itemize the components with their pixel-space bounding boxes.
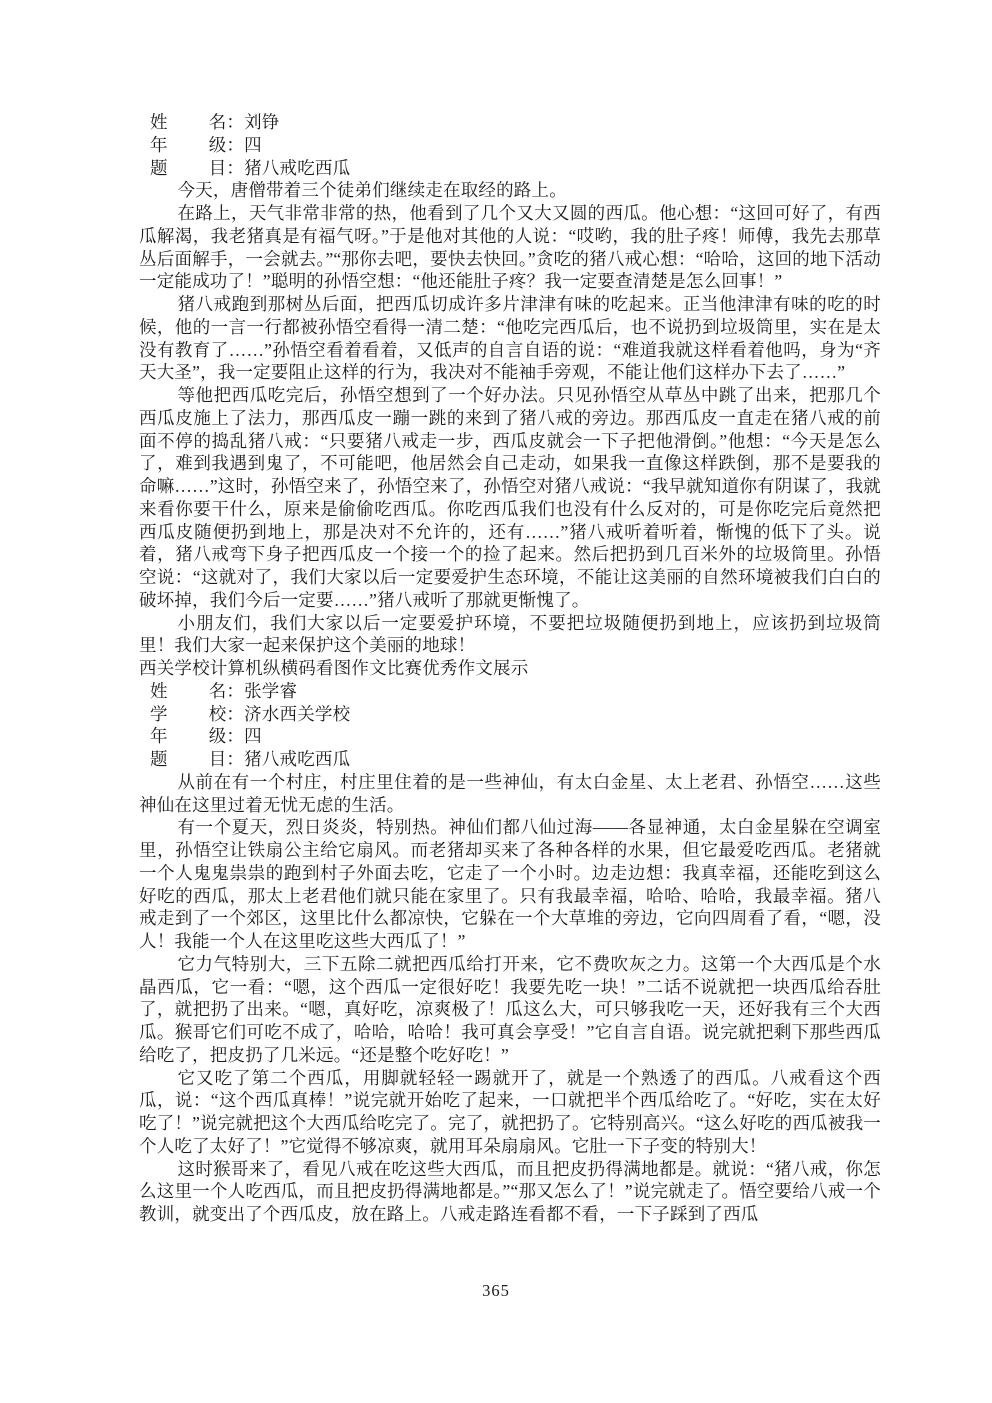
field-value: 四 — [244, 135, 262, 155]
essay-paragraphs: 从前在有一个村庄，村庄里住着的是一些神仙，有太白金星、太上老君、孙悟空……这些神… — [139, 771, 881, 1226]
field-value: 济水西关学校 — [244, 704, 350, 724]
essay-paragraphs: 今天，唐僧带着三个徒弟们继续走在取经的路上。在路上，天气非常非常的热，他看到了几… — [139, 179, 881, 657]
meta-field: 年级：四 — [139, 725, 881, 748]
meta-field: 年级：四 — [139, 134, 881, 157]
meta-field: 姓名：张学睿 — [139, 680, 881, 703]
paragraph: 它力气特别大，三下五除二就把西瓜给打开来，它不费吹灰之力。这第一个大西瓜是个水晶… — [139, 953, 881, 1067]
field-value: 四 — [244, 726, 262, 746]
essay-2: 姓名：张学睿学校：济水西关学校年级：四题目：猪八戒吃西瓜 从前在有一个村庄，村庄… — [139, 680, 881, 1226]
document-page: 姓名：刘铮年级：四题目：猪八戒吃西瓜 今天，唐僧带着三个徒弟们继续走在取经的路上… — [0, 0, 992, 1403]
field-value: 猪八戒吃西瓜 — [244, 158, 350, 178]
field-value: 猪八戒吃西瓜 — [244, 749, 350, 769]
field-label-first: 姓 — [150, 112, 168, 132]
essay-1: 姓名：刘铮年级：四题目：猪八戒吃西瓜 今天，唐僧带着三个徒弟们继续走在取经的路上… — [139, 111, 881, 657]
field-label-first: 年 — [150, 726, 168, 746]
field-label-first: 题 — [150, 749, 168, 769]
field-value: 张学睿 — [244, 681, 297, 701]
field-label-second: 级： — [209, 135, 244, 155]
paragraph: 在路上，天气非常非常的热，他看到了几个又大又圆的西瓜。他心想：“这回可好了，有西… — [139, 202, 881, 293]
field-value: 刘铮 — [244, 112, 279, 132]
field-label-second: 目： — [209, 158, 244, 178]
field-label-second: 名： — [209, 112, 244, 132]
field-label-first: 年 — [150, 135, 168, 155]
paragraph: 这时猴哥来了，看见八戒在吃这些大西瓜，而且把皮扔得满地都是。就说：“猪八戒，你怎… — [139, 1158, 881, 1226]
essay-collection: 姓名：刘铮年级：四题目：猪八戒吃西瓜 今天，唐僧带着三个徒弟们继续走在取经的路上… — [139, 111, 881, 1226]
page-number: 365 — [0, 1281, 992, 1301]
field-label-first: 姓 — [150, 681, 168, 701]
field-label-second: 校： — [209, 704, 244, 724]
paragraph: 猪八戒跑到那树丛后面，把西瓜切成许多片津津有味的吃起来。正当他津津有味的吃的时候… — [139, 293, 881, 384]
field-label-first: 题 — [150, 158, 168, 178]
meta-field: 题目：猪八戒吃西瓜 — [139, 157, 881, 180]
field-label-second: 目： — [209, 749, 244, 769]
paragraph: 它又吃了第二个西瓜，用脚就轻轻一踢就开了，就是一个熟透了的西瓜。八戒看这个西瓜，… — [139, 1067, 881, 1158]
field-label-second: 名： — [209, 681, 244, 701]
meta-field: 题目：猪八戒吃西瓜 — [139, 748, 881, 771]
paragraph: 今天，唐僧带着三个徒弟们继续走在取经的路上。 — [139, 179, 881, 202]
meta-field: 姓名：刘铮 — [139, 111, 881, 134]
paragraph: 等他把西瓜吃完后，孙悟空想到了一个好办法。只见孙悟空从草丛中跳了出来，把那几个西… — [139, 384, 881, 612]
meta-field: 学校：济水西关学校 — [139, 703, 881, 726]
essay-meta: 姓名：张学睿学校：济水西关学校年级：四题目：猪八戒吃西瓜 — [139, 680, 881, 771]
paragraph: 有一个夏天，烈日炎炎，特别热。神仙们都八仙过海——各显神通，太白金星躲在空调室里… — [139, 816, 881, 953]
paragraph: 小朋友们，我们大家以后一定要爱护环境，不要把垃圾随便扔到地上，应该扔到垃圾筒里！… — [139, 612, 881, 658]
section-heading: 西关学校计算机纵横码看图作文比赛优秀作文展示 — [139, 657, 881, 680]
field-label-second: 级： — [209, 726, 244, 746]
paragraph: 从前在有一个村庄，村庄里住着的是一些神仙，有太白金星、太上老君、孙悟空……这些神… — [139, 771, 881, 817]
field-label-first: 学 — [150, 704, 168, 724]
essay-meta: 姓名：刘铮年级：四题目：猪八戒吃西瓜 — [139, 111, 881, 179]
